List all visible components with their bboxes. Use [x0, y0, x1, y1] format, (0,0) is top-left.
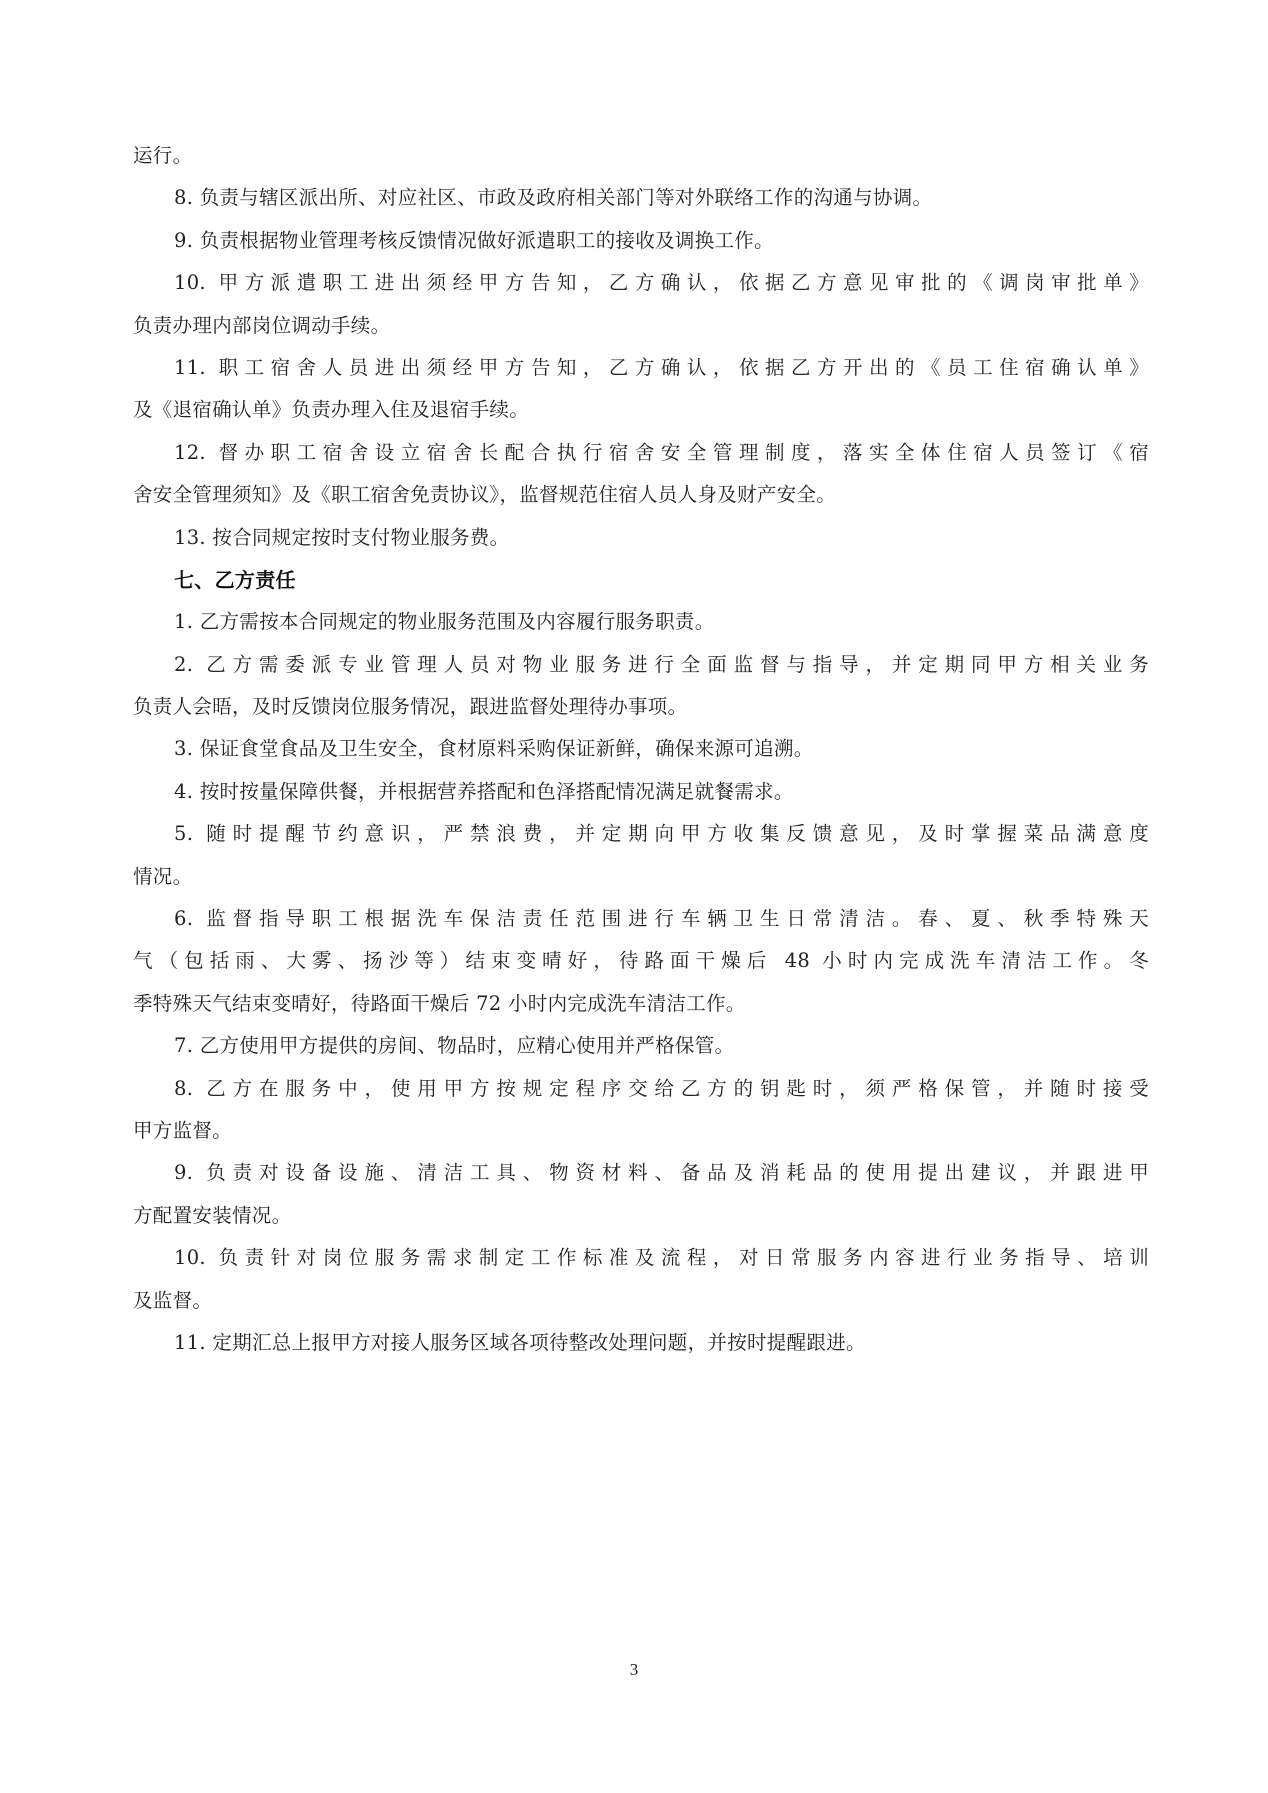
list-item-yi-6: 6. 监督指导职工根据洗车保洁责任范围进行车辆卫生日常清洁。春、夏、秋季特殊天 [133, 898, 1149, 940]
list-item-yi-10: 10. 负责针对岗位服务需求制定工作标准及流程，对日常服务内容进行业务指导、培训 [133, 1237, 1149, 1279]
list-item-yi-2: 2. 乙方需委派专业管理人员对物业服务进行全面监督与指导，并定期同甲方相关业务 [133, 644, 1149, 686]
list-item-yi-1: 1. 乙方需按本合同规定的物业服务范围及内容履行服务职责。 [133, 601, 1149, 643]
document-page: 运行。 8. 负责与辖区派出所、对应社区、市政及政府相关部门等对外联络工作的沟通… [0, 0, 1268, 1793]
list-item-yi-2-continuation: 负责人会晤，及时反馈岗位服务情况，跟进监督处理待办事项。 [133, 686, 1149, 728]
list-item-yi-5-continuation: 情况。 [133, 856, 1149, 898]
list-item-jia-11-continuation: 及《退宿确认单》负责办理入住及退宿手续。 [133, 389, 1149, 431]
document-body: 运行。 8. 负责与辖区派出所、对应社区、市政及政府相关部门等对外联络工作的沟通… [133, 135, 1149, 1364]
list-item-jia-12-continuation: 舍安全管理须知》及《职工宿舍免责协议》，监督规范住宿人员人身及财产安全。 [133, 474, 1149, 516]
list-item-yi-4: 4. 按时按量保障供餐，并根据营养搭配和色泽搭配情况满足就餐需求。 [133, 771, 1149, 813]
list-item-yi-9-continuation: 方配置安装情况。 [133, 1195, 1149, 1237]
list-item-yi-9: 9. 负责对设备设施、清洁工具、物资材料、备品及消耗品的使用提出建议，并跟进甲 [133, 1152, 1149, 1194]
list-item-yi-5: 5. 随时提醒节约意识，严禁浪费，并定期向甲方收集反馈意见，及时掌握菜品满意度 [133, 813, 1149, 855]
list-item-yi-3: 3. 保证食堂食品及卫生安全，食材原料采购保证新鲜，确保来源可追溯。 [133, 728, 1149, 770]
list-item-jia-12: 12. 督办职工宿舍设立宿舍长配合执行宿舍安全管理制度，落实全体住宿人员签订《宿 [133, 432, 1149, 474]
list-item-jia-10: 10. 甲方派遣职工进出须经甲方告知，乙方确认，依据乙方意见审批的《调岗审批单》 [133, 262, 1149, 304]
list-item-yi-6-continuation-2: 季特殊天气结束变晴好，待路面干燥后 72 小时内完成洗车清洁工作。 [133, 983, 1149, 1025]
list-item-jia-10-continuation: 负责办理内部岗位调动手续。 [133, 305, 1149, 347]
list-item-yi-8: 8. 乙方在服务中，使用甲方按规定程序交给乙方的钥匙时，须严格保管，并随时接受 [133, 1068, 1149, 1110]
list-item-jia-13: 13. 按合同规定按时支付物业服务费。 [133, 517, 1149, 559]
list-item-yi-8-continuation: 甲方监督。 [133, 1110, 1149, 1152]
section-heading-yi-responsibilities: 七、乙方责任 [133, 559, 1149, 601]
list-item-jia-9: 9. 负责根据物业管理考核反馈情况做好派遣职工的接收及调换工作。 [133, 220, 1149, 262]
list-item-jia-11: 11. 职工宿舍人员进出须经甲方告知，乙方确认，依据乙方开出的《员工住宿确认单》 [133, 347, 1149, 389]
list-item-jia-8: 8. 负责与辖区派出所、对应社区、市政及政府相关部门等对外联络工作的沟通与协调。 [133, 177, 1149, 219]
list-item-yi-7: 7. 乙方使用甲方提供的房间、物品时，应精心使用并严格保管。 [133, 1025, 1149, 1067]
list-item-yi-11: 11. 定期汇总上报甲方对接人服务区域各项待整改处理问题，并按时提醒跟进。 [133, 1322, 1149, 1364]
paragraph-line-continuation: 运行。 [133, 135, 1149, 177]
list-item-yi-10-continuation: 及监督。 [133, 1280, 1149, 1322]
list-item-yi-6-continuation-1: 气（包括雨、大雾、扬沙等）结束变晴好，待路面干燥后 48 小时内完成洗车清洁工作… [133, 940, 1149, 982]
page-number: 3 [0, 1660, 1268, 1680]
